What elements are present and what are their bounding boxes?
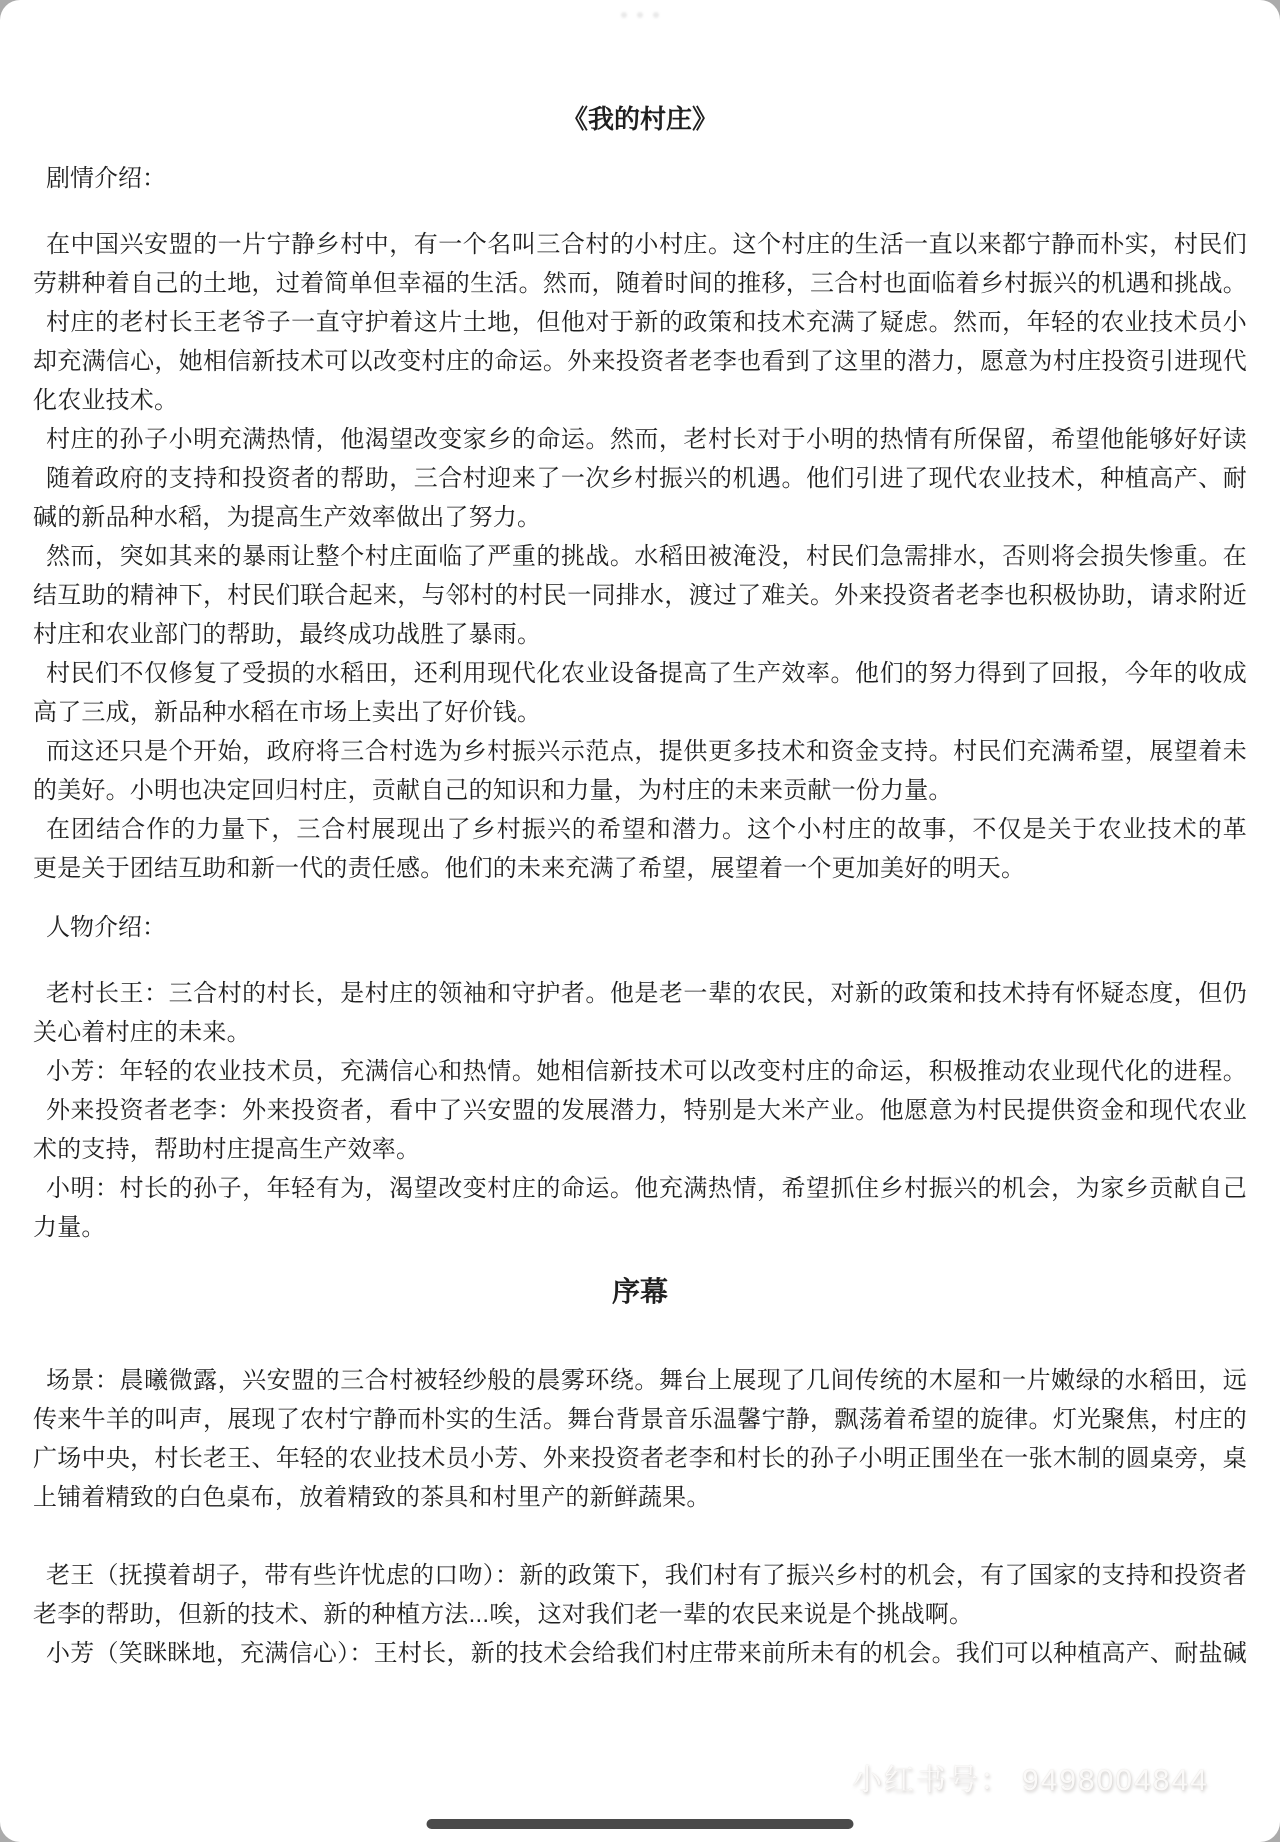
watermark-id-value: 9498004844 (1022, 1764, 1209, 1797)
xiaohongshu-watermark: 小红书号：9498004844 (852, 1762, 1209, 1800)
text-line: 在团结合作的力量下，三合村展现出了乡村振兴的希望和潜力。这个小村庄的故事，不仅是… (33, 810, 1247, 849)
plot-paragraph-6: 村民们不仅修复了受损的水稻田，还利用现代化农业设备提高了生产效率。他们的努力得到… (33, 654, 1247, 732)
text-line: 小明：村长的孙子，年轻有为，渴望改变村庄的命运。他充满热情，希望抓住乡村振兴的机… (33, 1169, 1247, 1208)
text-line: 外来投资者老李：外来投资者，看中了兴安盟的发展潜力，特别是大米产业。他愿意为村民… (33, 1091, 1247, 1130)
text-line: 老村长王：三合村的村长，是村庄的领袖和守护者。他是老一辈的农民，对新的政策和技术… (33, 974, 1247, 1013)
watermark-label: 小红书号： (852, 1764, 1012, 1797)
text-line: 场景：晨曦微露，兴安盟的三合村被轻纱般的晨雾环绕。舞台上展现了几间传统的木屋和一… (33, 1361, 1247, 1400)
home-indicator[interactable] (427, 1819, 854, 1829)
dialogue-xiaofang: 小芳（笑眯眯地，充满信心）：王村长，新的技术会给我们村庄带来前所未有的机会。我们… (33, 1634, 1247, 1673)
dialogue-laowang: 老王（抚摸着胡子，带有些许忧虑的口吻）：新的政策下，我们村有了振兴乡村的机会，有… (33, 1556, 1247, 1634)
text-line: 小芳（笑眯眯地，充满信心）：王村长，新的技术会给我们村庄带来前所未有的机会。我们… (33, 1634, 1247, 1673)
document-page: 《我的村庄》 剧情介绍：在中国兴安盟的一片宁静乡村中，有一个名叫三合村的小村庄。… (0, 0, 1280, 1842)
text-line: 结互助的精神下，村民们联合起来，与邻村的村民一同排水，渡过了难关。外来投资者老李… (33, 576, 1247, 615)
text-line: 在中国兴安盟的一片宁静乡村中，有一个名叫三合村的小村庄。这个村庄的生活一直以来都… (33, 225, 1247, 264)
scene-description: 场景：晨曦微露，兴安盟的三合村被轻纱般的晨雾环绕。舞台上展现了几间传统的木屋和一… (33, 1361, 1247, 1517)
plot-paragraph-5: 然而，突如其来的暴雨让整个村庄面临了严重的挑战。水稻田被淹没，村民们急需排水，否… (33, 537, 1247, 654)
text-line: 村民们不仅修复了受损的水稻田，还利用现代化农业设备提高了生产效率。他们的努力得到… (33, 654, 1247, 693)
watermark-badge (1083, 1677, 1212, 1748)
plot-paragraph-4: 随着政府的支持和投资者的帮助，三合村迎来了一次乡村振兴的机遇。他们引进了现代农业… (33, 459, 1247, 537)
text-line: 老王（抚摸着胡子，带有些许忧虑的口吻）：新的政策下，我们村有了振兴乡村的机会，有… (33, 1556, 1247, 1595)
text-line: 老李的帮助，但新的技术、新的种植方法...唉，这对我们老一辈的农民来说是个挑战啊… (33, 1595, 1247, 1634)
text-line: 然而，突如其来的暴雨让整个村庄面临了严重的挑战。水稻田被淹没，村民们急需排水，否… (33, 537, 1247, 576)
text-line: 力量。 (33, 1208, 1247, 1247)
text-line: 随着政府的支持和投资者的帮助，三合村迎来了一次乡村振兴的机遇。他们引进了现代农业… (33, 459, 1247, 498)
plot-paragraph-7: 而这还只是个开始，政府将三合村选为乡村振兴示范点，提供更多技术和资金支持。村民们… (33, 732, 1247, 810)
character-xiaofang: 小芳：年轻的农业技术员，充满信心和热情。她相信新技术可以改变村庄的命运，积极推动… (33, 1052, 1247, 1091)
prologue-heading: 序幕 (33, 1272, 1247, 1311)
text-line: 高了三成，新品种水稻在市场上卖出了好价钱。 (33, 693, 1247, 732)
characters-section-label: 人物介绍： (33, 908, 1247, 947)
text-line: 的美好。小明也决定回归村庄，贡献自己的知识和力量，为村庄的未来贡献一份力量。 (33, 771, 1247, 810)
character-investor-laoli: 外来投资者老李：外来投资者，看中了兴安盟的发展潜力，特别是大米产业。他愿意为村民… (33, 1091, 1247, 1169)
text-line: 而这还只是个开始，政府将三合村选为乡村振兴示范点，提供更多技术和资金支持。村民们… (33, 732, 1247, 771)
text-line: 更是关于团结互助和新一代的责任感。他们的未来充满了希望，展望着一个更加美好的明天… (33, 849, 1247, 888)
text-line: 广场中央，村长老王、年轻的农业技术员小芳、外来投资者老李和村长的孙子小明正围坐在… (33, 1439, 1247, 1478)
document-title: 《我的村庄》 (33, 100, 1247, 139)
plot-paragraph-2: 村庄的老村长王老爷子一直守护着这片土地，但他对于新的政策和技术充满了疑虑。然而，… (33, 303, 1247, 420)
text-line: 小芳：年轻的农业技术员，充满信心和热情。她相信新技术可以改变村庄的命运，积极推动… (33, 1052, 1247, 1091)
plot-section-label: 剧情介绍： (33, 159, 1247, 198)
text-line: 上铺着精致的白色桌布，放着精致的茶具和村里产的新鲜蔬果。 (33, 1478, 1247, 1517)
text-line: 劳耕种着自己的土地，过着简单但幸福的生活。然而，随着时间的推移，三合村也面临着乡… (33, 264, 1247, 303)
text-line: 却充满信心，她相信新技术可以改变村庄的命运。外来投资者老李也看到了这里的潜力，愿… (33, 342, 1247, 381)
text-line: 村庄的孙子小明充满热情，他渴望改变家乡的命运。然而，老村长对于小明的热情有所保留… (33, 420, 1247, 459)
text-line: 关心着村庄的未来。 (33, 1013, 1247, 1052)
plot-paragraph-1: 在中国兴安盟的一片宁静乡村中，有一个名叫三合村的小村庄。这个村庄的生活一直以来都… (33, 225, 1247, 303)
document-body: 《我的村庄》 剧情介绍：在中国兴安盟的一片宁静乡村中，有一个名叫三合村的小村庄。… (0, 0, 1280, 1673)
character-xiaoming: 小明：村长的孙子，年轻有为，渴望改变村庄的命运。他充满热情，希望抓住乡村振兴的机… (33, 1169, 1247, 1247)
text-line: 传来牛羊的叫声，展现了农村宁静而朴实的生活。舞台背景音乐温馨宁静，飘荡着希望的旋… (33, 1400, 1247, 1439)
text-line: 村庄的老村长王老爷子一直守护着这片土地，但他对于新的政策和技术充满了疑虑。然而，… (33, 303, 1247, 342)
plot-paragraph-3: 村庄的孙子小明充满热情，他渴望改变家乡的命运。然而，老村长对于小明的热情有所保留… (33, 420, 1247, 459)
character-old-village-head: 老村长王：三合村的村长，是村庄的领袖和守护者。他是老一辈的农民，对新的政策和技术… (33, 974, 1247, 1052)
plot-paragraph-8: 在团结合作的力量下，三合村展现出了乡村振兴的希望和潜力。这个小村庄的故事，不仅是… (33, 810, 1247, 888)
text-line: 化农业技术。 (33, 381, 1247, 420)
text-line: 碱的新品种水稻，为提高生产效率做出了努力。 (33, 498, 1247, 537)
text-line: 术的支持，帮助村庄提高生产效率。 (33, 1130, 1247, 1169)
text-line: 村庄和农业部门的帮助，最终成功战胜了暴雨。 (33, 615, 1247, 654)
